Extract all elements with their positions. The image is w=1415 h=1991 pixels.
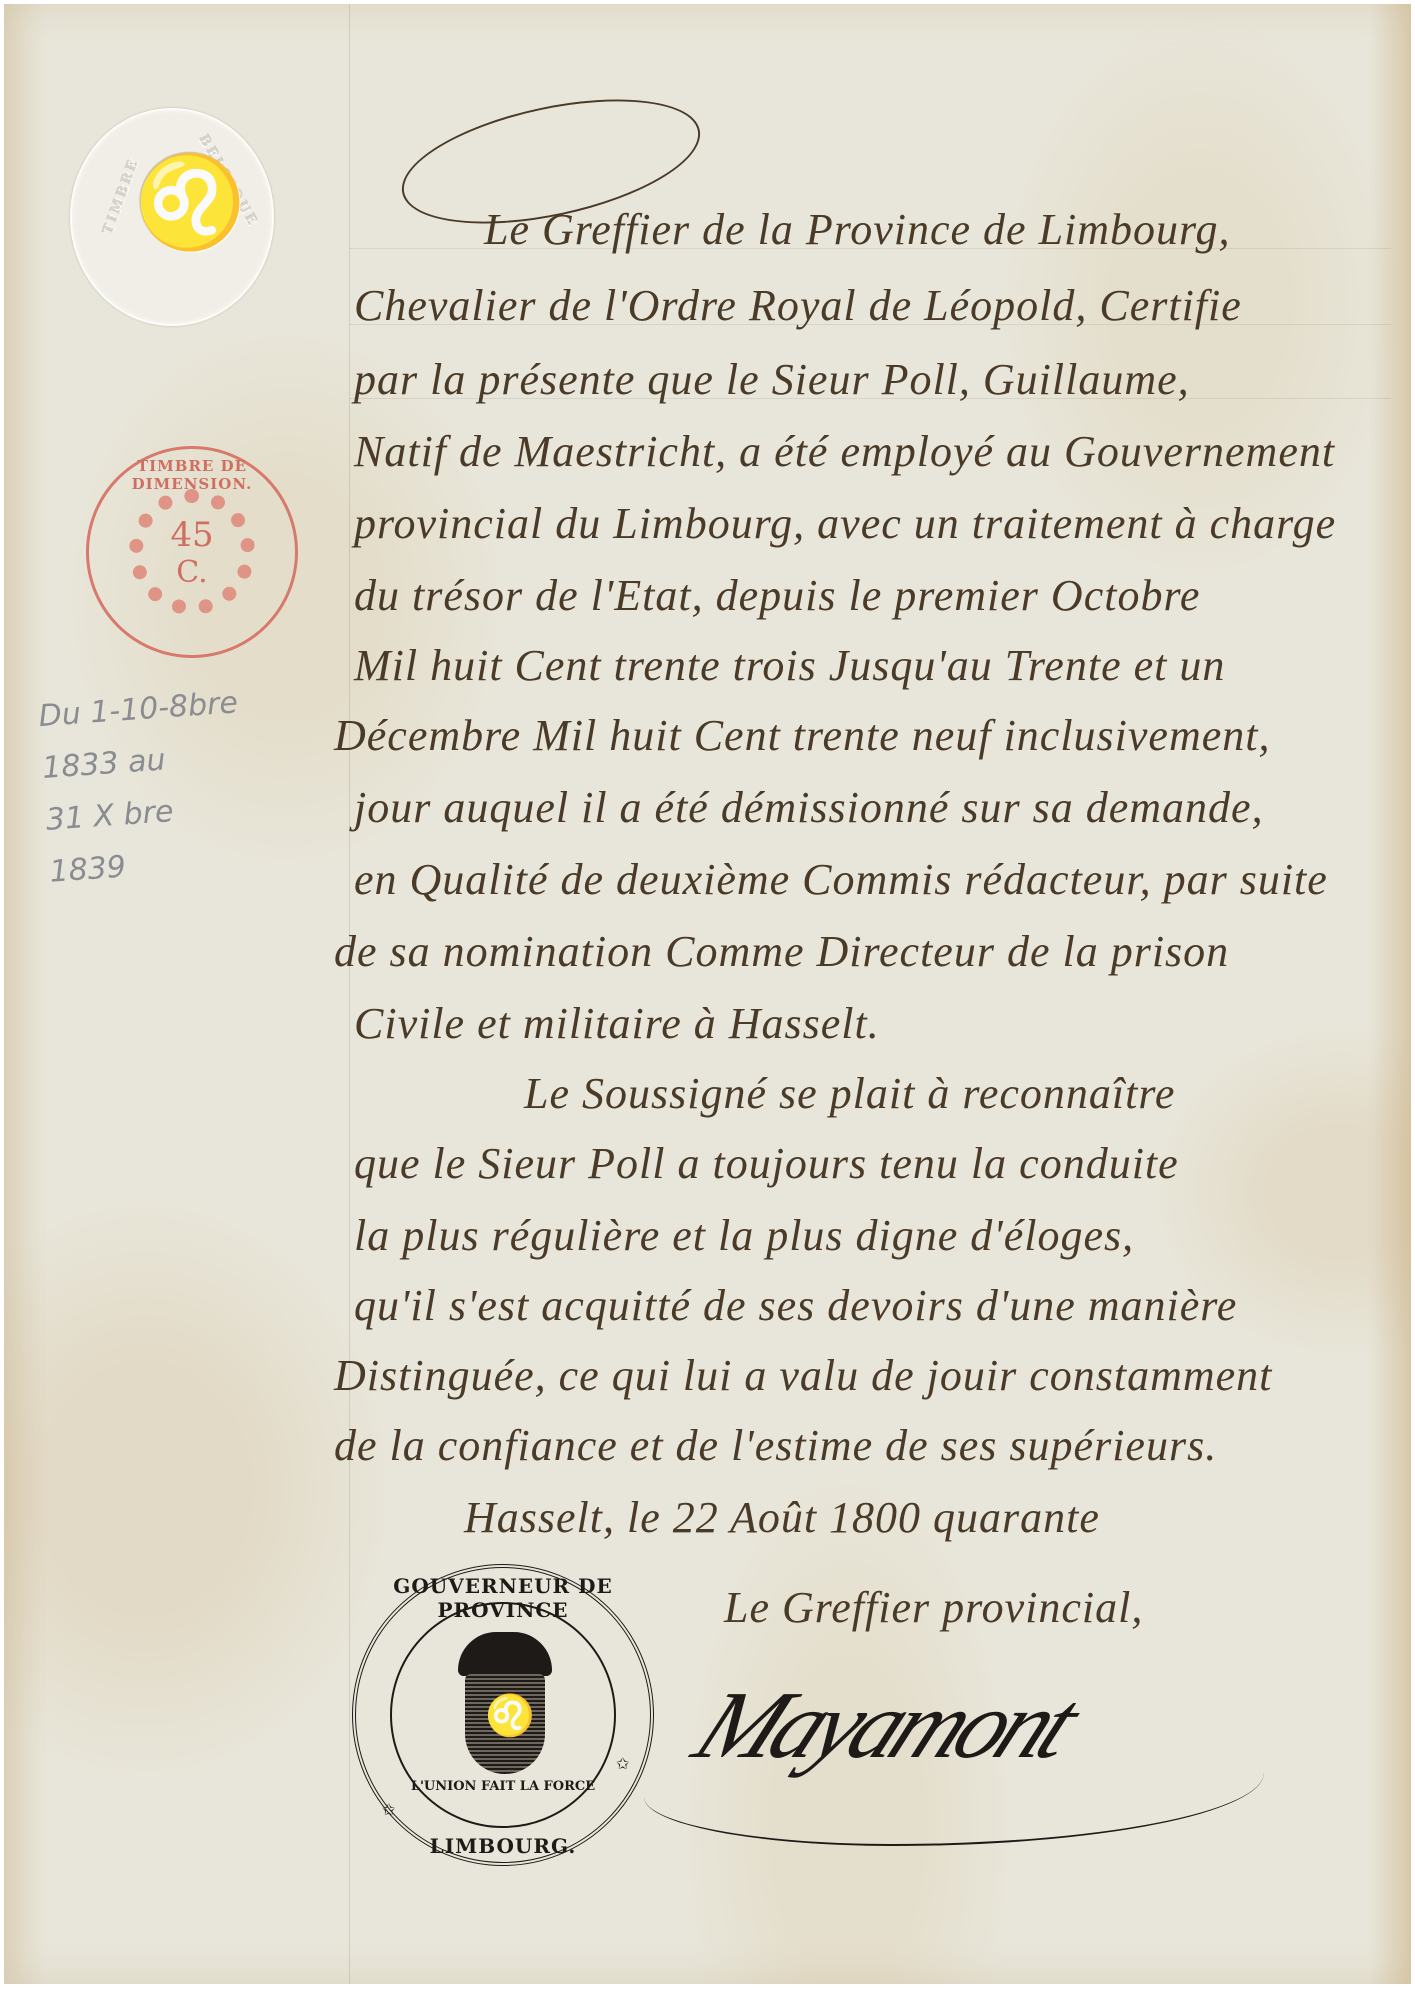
star-icon: ✩	[382, 1800, 395, 1819]
body-line: Décembre Mil huit Cent trente neuf inclu…	[334, 710, 1270, 761]
revenue-stamp: TIMBRE DE DIMENSION. 45 C.	[86, 446, 298, 658]
revenue-stamp-value: 45	[89, 517, 295, 553]
body-line: Distinguée, ce qui lui a valu de jouir c…	[334, 1350, 1272, 1401]
body-line: en Qualité de deuxième Commis rédacteur,…	[354, 854, 1328, 905]
body-line: qu'il s'est acquitté de ses devoirs d'un…	[354, 1280, 1237, 1331]
revenue-stamp-text: TIMBRE DE DIMENSION.	[89, 457, 295, 493]
official-seal: GOUVERNEUR DE PROVINCE ♌ L'UNION FAIT LA…	[352, 1564, 654, 1866]
pencil-annotation: Du 1-10-8bre 1833 au 31 X bre 1839	[37, 677, 251, 898]
body-line: Natif de Maestricht, a été employé au Go…	[354, 426, 1335, 477]
lion-emblem-icon: ♌	[485, 1692, 535, 1739]
official-seal-motto: L'UNION FAIT LA FORCE	[392, 1779, 614, 1794]
body-line: Le Greffier de la Province de Limbourg,	[484, 204, 1231, 255]
signature-flourish	[644, 1724, 1264, 1846]
body-line: de la confiance et de l'estime de ses su…	[334, 1420, 1217, 1471]
body-line: Mil huit Cent trente trois Jusqu'au Tren…	[354, 640, 1225, 691]
revenue-stamp-unit: C.	[89, 555, 295, 590]
official-seal-bottom-text: LIMBOURG.	[356, 1834, 650, 1858]
body-line: Civile et militaire à Hasselt.	[354, 998, 880, 1049]
body-line: Le Soussigné se plait à reconnaître	[524, 1068, 1175, 1119]
signatory-title: Le Greffier provincial,	[724, 1582, 1143, 1633]
body-line: du trésor de l'Etat, depuis le premier O…	[354, 570, 1200, 621]
margin-line	[349, 4, 350, 1984]
lion-emblem-icon: ♌	[134, 150, 246, 255]
body-line: de sa nomination Comme Directeur de la p…	[334, 926, 1229, 977]
star-icon: ✩	[616, 1754, 629, 1773]
official-seal-inner-ring: ♌ L'UNION FAIT LA FORCE	[390, 1602, 616, 1828]
body-line: que le Sieur Poll a toujours tenu la con…	[354, 1138, 1179, 1189]
body-line: par la présente que le Sieur Poll, Guill…	[354, 354, 1190, 405]
body-line: la plus régulière et la plus digne d'élo…	[354, 1210, 1134, 1261]
body-line: provincial du Limbourg, avec un traiteme…	[354, 498, 1336, 549]
body-line: Chevalier de l'Ordre Royal de Léopold, C…	[354, 280, 1242, 331]
place-date: Hasselt, le 22 Août 1800 quarante	[464, 1492, 1100, 1543]
document-sheet: TIMBRE BELGIQUE ♌ TIMBRE DE DIMENSION. 4…	[4, 4, 1411, 1984]
crown-icon	[458, 1632, 552, 1676]
embossed-seal: TIMBRE BELGIQUE ♌	[70, 108, 274, 326]
body-line: jour auquel il a été démissionné sur sa …	[354, 782, 1264, 833]
